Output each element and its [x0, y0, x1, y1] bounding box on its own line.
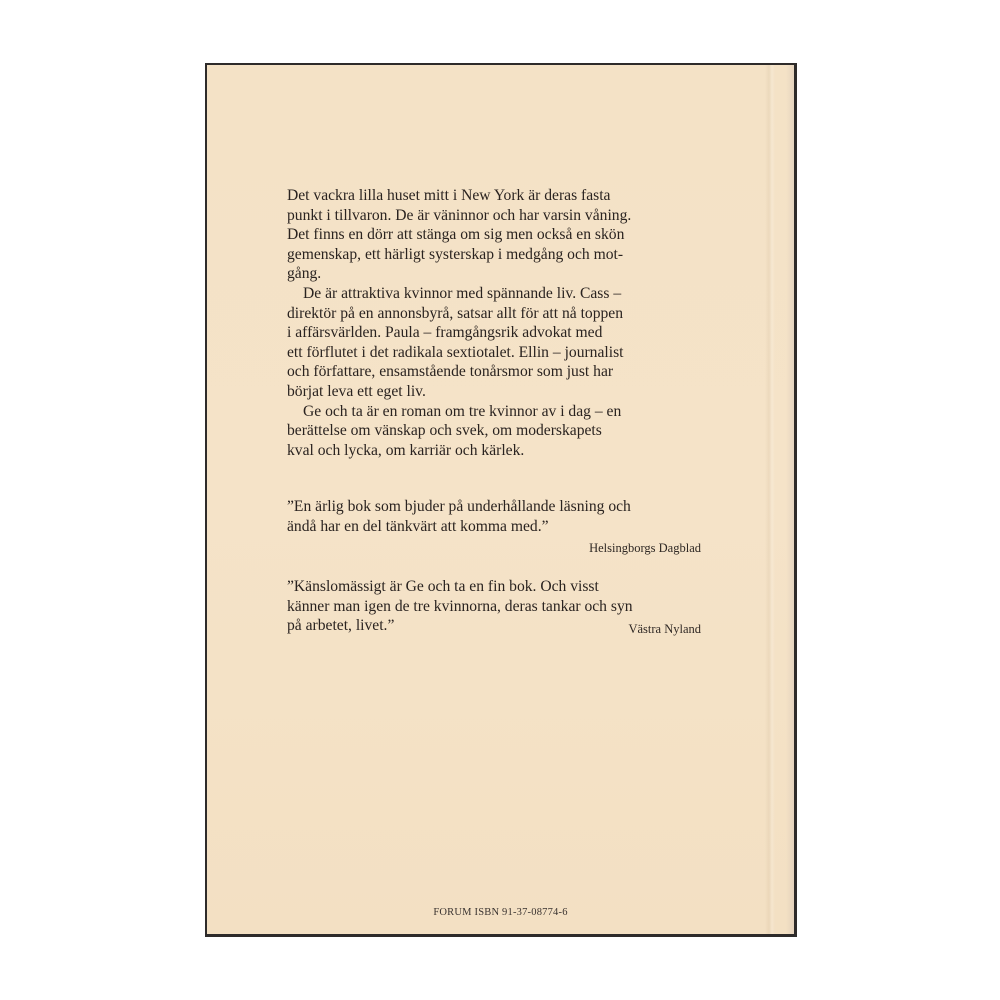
text-line: Ge och ta är en roman om tre kvinnor av … — [287, 402, 701, 422]
text-line: och författare, ensamstående tonårsmor s… — [287, 362, 701, 382]
blurb-text: Det vackra lilla huset mitt i New York ä… — [287, 186, 701, 460]
text-line: ”En ärlig bok som bjuder på underhålland… — [287, 497, 701, 517]
spine-edge — [786, 65, 794, 934]
text-line: i affärsvärlden. Paula – framgångsrik ad… — [287, 323, 701, 343]
text-line: börjat leva ett eget liv. — [287, 382, 701, 402]
text-line: De är attraktiva kvinnor med spännande l… — [287, 284, 701, 304]
text-line: Det vackra lilla huset mitt i New York ä… — [287, 186, 701, 206]
text-line: gemenskap, ett härligt systerskap i medg… — [287, 245, 701, 265]
spine-crease — [765, 65, 775, 934]
text-line: gång. — [287, 264, 701, 284]
text-line: punkt i tillvaron. De är väninnor och ha… — [287, 206, 701, 226]
text-line: berättelse om vänskap och svek, om moder… — [287, 421, 701, 441]
text-line: direktör på en annonsbyrå, satsar allt f… — [287, 304, 701, 324]
text-line: ändå har en del tänkvärt att komma med.” — [287, 517, 701, 537]
book-back-cover: Det vackra lilla huset mitt i New York ä… — [205, 63, 797, 937]
blurb-paragraph-2: De är attraktiva kvinnor med spännande l… — [287, 284, 701, 402]
review-quote-2: ”Känslomässigt är Ge och ta en fin bok. … — [287, 577, 701, 637]
isbn-label: FORUM ISBN 91-37-08774-6 — [207, 907, 794, 918]
blurb-paragraph-1: Det vackra lilla huset mitt i New York ä… — [287, 186, 701, 284]
text-line: ett förflutet i det radikala sextiotalet… — [287, 343, 701, 363]
review-quote-1: ”En ärlig bok som bjuder på underhålland… — [287, 497, 701, 556]
text-line: kval och lycka, om karriär och kärlek. — [287, 441, 701, 461]
review-text: ”En ärlig bok som bjuder på underhålland… — [287, 497, 701, 536]
text-line: Det finns en dörr att stänga om sig men … — [287, 225, 701, 245]
text-line: känner man igen de tre kvinnorna, deras … — [287, 597, 701, 617]
blurb-paragraph-3: Ge och ta är en roman om tre kvinnor av … — [287, 402, 701, 461]
text-line: ”Känslomässigt är Ge och ta en fin bok. … — [287, 577, 701, 597]
review-source: Helsingborgs Dagblad — [287, 540, 701, 556]
